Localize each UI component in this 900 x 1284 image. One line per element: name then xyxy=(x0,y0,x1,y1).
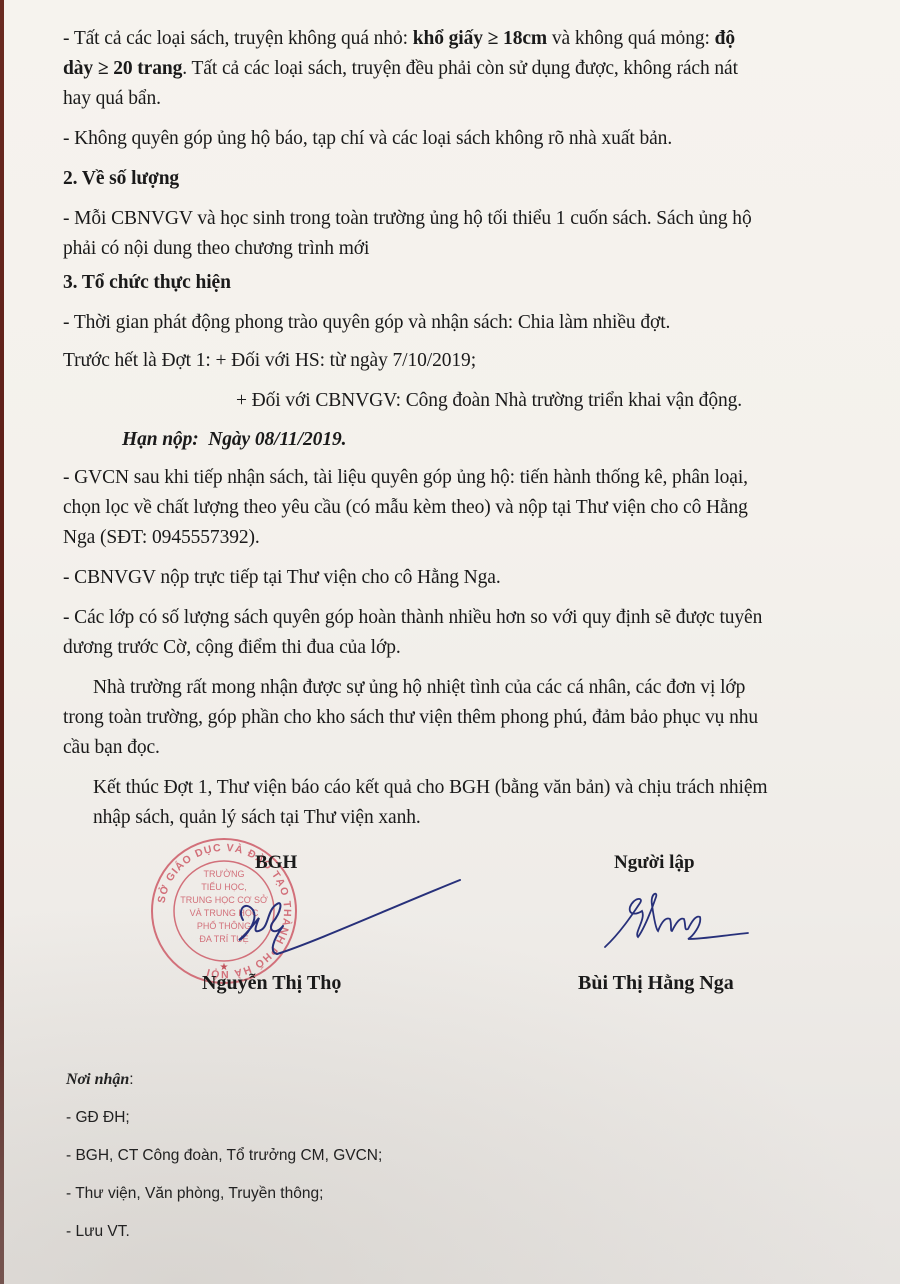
gvcn-line-1: - GVCN sau khi tiếp nhận sách, tài liệu … xyxy=(63,467,748,489)
quantity-line-2: phải có nội dung theo chương trình mới xyxy=(63,238,369,260)
deadline-line: Hạn nộp: Ngày 08/11/2019. xyxy=(122,429,346,451)
section-2-heading: 2. Về số lượng xyxy=(63,168,179,190)
recipients-title: Nơi nhận: xyxy=(66,1071,134,1089)
gvcn-line-2: chọn lọc về chất lượng theo yêu cầu (có … xyxy=(63,497,748,519)
gvcn-line-3: Nga (SĐT: 0945557392). xyxy=(63,527,260,549)
cbnvgv-line: - CBNVGV nộp trực tiếp tại Thư viện cho … xyxy=(63,567,501,589)
recipient-item: - Lưu VT. xyxy=(66,1223,130,1241)
recipient-item: - Thư viện, Văn phòng, Truyền thông; xyxy=(66,1185,323,1203)
phase-1-staff-line: + Đối với CBNVGV: Công đoàn Nhà trường t… xyxy=(236,390,742,412)
closing-p2-line-1: Kết thúc Đợt 1, Thư viện báo cáo kết quả… xyxy=(93,777,767,799)
criteria-exclusion-line: - Không quyên góp ủng hộ báo, tạp chí và… xyxy=(63,128,672,150)
author-title: Người lập xyxy=(614,852,695,874)
recipient-item: - GĐ ĐH; xyxy=(66,1109,130,1127)
closing-p2-line-2: nhập sách, quản lý sách tại Thư viện xan… xyxy=(93,807,421,829)
bgh-signature-icon xyxy=(225,870,465,980)
bgh-name: Nguyễn Thị Thọ xyxy=(202,972,341,995)
page-edge xyxy=(0,0,4,1284)
author-signature-icon xyxy=(600,885,750,955)
author-name: Bùi Thị Hằng Nga xyxy=(578,972,734,995)
section-3-heading: 3. Tổ chức thực hiện xyxy=(63,272,231,294)
closing-p1-line-3: cầu bạn đọc. xyxy=(63,737,160,759)
criteria-condition-line: hay quá bẩn. xyxy=(63,88,161,110)
quantity-line-1: - Mỗi CBNVGV và học sinh trong toàn trườ… xyxy=(63,208,752,230)
criteria-thickness-line: dày ≥ 20 trang. Tất cả các loại sách, tr… xyxy=(63,58,738,80)
classes-line-2: dương trước Cờ, cộng điểm thi đua của lớ… xyxy=(63,637,401,659)
closing-p1-line-2: trong toàn trường, góp phần cho kho sách… xyxy=(63,707,758,729)
classes-line-1: - Các lớp có số lượng sách quyên góp hoà… xyxy=(63,607,762,629)
closing-p1-line-1: Nhà trường rất mong nhận được sự ủng hộ … xyxy=(93,677,745,699)
criteria-size-line: - Tất cả các loại sách, truyện không quá… xyxy=(63,28,735,50)
recipient-item: - BGH, CT Công đoàn, Tổ trưởng CM, GVCN; xyxy=(66,1147,382,1165)
timeline-line: - Thời gian phát động phong trào quyên g… xyxy=(63,312,670,334)
phase-1-students-line: Trước hết là Đợt 1: + Đối với HS: từ ngà… xyxy=(63,350,476,372)
